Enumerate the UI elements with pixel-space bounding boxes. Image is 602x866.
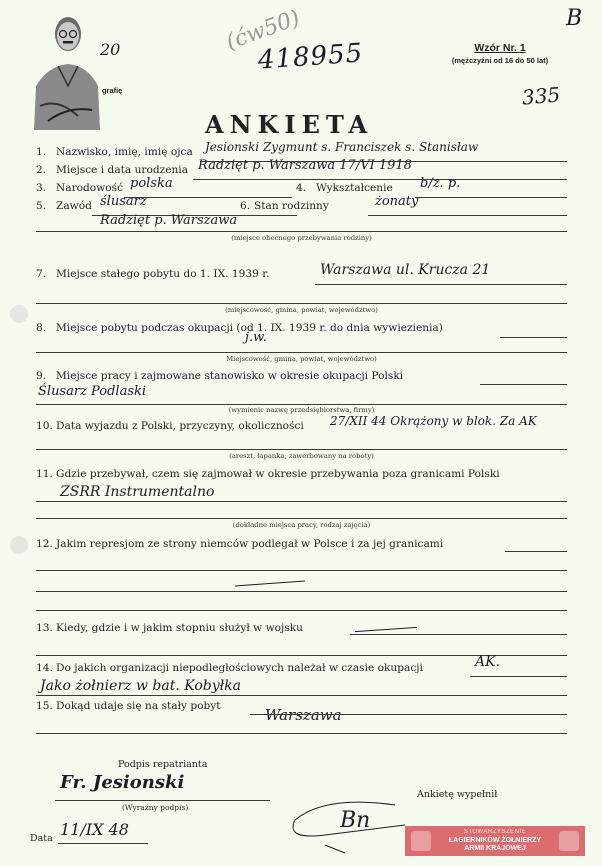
photo-caption: grafię bbox=[102, 86, 122, 95]
portrait-image bbox=[28, 6, 102, 130]
field-number: 4. bbox=[296, 182, 316, 194]
field-number: 2. bbox=[36, 164, 56, 176]
answer-line bbox=[36, 518, 567, 519]
answer-line bbox=[36, 404, 567, 405]
field-15: 15.Dokąd udaje się na stały pobyt bbox=[36, 700, 221, 712]
field-number: 1. bbox=[36, 146, 56, 158]
answer-line bbox=[36, 591, 567, 592]
repatriate-signature[interactable]: Fr. Jesionski bbox=[60, 772, 184, 793]
field-9: 9.Miejsce pracy i zajmowane stanowisko w… bbox=[36, 370, 403, 382]
answer-line bbox=[415, 197, 567, 198]
field-label: Narodowość bbox=[56, 182, 123, 194]
field-label: Miejsce i data urodzenia bbox=[56, 164, 188, 176]
field-5: 5.Zawód bbox=[36, 200, 92, 212]
answer-abroad[interactable]: ZSRR Instrumentalno bbox=[60, 484, 214, 500]
field-number: 15. bbox=[36, 700, 56, 712]
field-label: Kiedy, gdzie i w jakim stopniu służył w … bbox=[56, 622, 303, 634]
field-8: 8.Miejsce pobytu podczas okupacji (od 1.… bbox=[36, 322, 443, 334]
field-number: 3. bbox=[36, 182, 56, 194]
field-11: 11.Gdzie przebywał, czem się zajmował w … bbox=[36, 468, 500, 480]
page-title: ANKIETA bbox=[205, 110, 373, 139]
association-emblem-icon bbox=[411, 831, 431, 851]
field-label: Stan rodzinny bbox=[254, 200, 329, 212]
field-label: Miejsce stałego pobytu do 1. IX. 1939 r. bbox=[56, 268, 269, 280]
handwritten-note-20: 20 bbox=[100, 40, 120, 59]
hint-abroad: (dokładne miejsca pracy, rodzaj zajęcia) bbox=[36, 521, 567, 529]
watermark-text: STOWARZYSZENIE ŁAGIERNIKÓW ŻOŁNIERZY ARM… bbox=[437, 828, 553, 854]
answer-organization[interactable]: AK. bbox=[475, 654, 500, 670]
answer-line bbox=[36, 570, 567, 571]
watermark-line-1: STOWARZYSZENIE bbox=[437, 828, 553, 837]
answer-line bbox=[124, 197, 292, 198]
field-12: 12.Jakim represjom ze strony niemców pod… bbox=[36, 538, 443, 550]
field-label: Miejsce pracy i zajmowane stanowisko w o… bbox=[56, 370, 403, 382]
answer-line bbox=[480, 384, 567, 385]
watermark-line-2: ŁAGIERNIKÓW ŻOŁNIERZY bbox=[437, 837, 553, 846]
field-6: 6.Stan rodzinny bbox=[240, 200, 329, 212]
filled-by-label: Ankietę wypełnił bbox=[417, 789, 497, 800]
answer-destination[interactable]: Warszawa bbox=[265, 706, 342, 724]
hint-family-location: (miejsce obecnego przebywania rodziny) bbox=[36, 234, 567, 242]
ak-anchor-emblem-icon bbox=[559, 831, 579, 851]
field-number: 5. bbox=[36, 200, 56, 212]
hint-residence: (miejscowość, gmina, powiat, województwo… bbox=[36, 306, 567, 314]
signature-line bbox=[55, 800, 270, 801]
answer-line bbox=[250, 714, 567, 715]
hint-departure: (areszt, łapanka, zawerbowany na roboty) bbox=[36, 452, 567, 460]
watermark-line-3: ARMII KRAJOWEJ bbox=[437, 845, 553, 854]
portrait-photo bbox=[28, 6, 102, 130]
answer-marital-status[interactable]: żonaty bbox=[375, 194, 418, 209]
field-number: 8. bbox=[36, 322, 56, 334]
date-label: Data bbox=[30, 833, 53, 844]
field-number: 6. bbox=[240, 200, 254, 212]
field-label: Jakim represjom ze strony niemców podleg… bbox=[56, 538, 443, 550]
field-label: Do jakich organizacji niepodległościowyc… bbox=[56, 662, 423, 674]
answer-line bbox=[36, 303, 567, 304]
association-watermark: STOWARZYSZENIE ŁAGIERNIKÓW ŻOŁNIERZY ARM… bbox=[405, 826, 585, 856]
answer-line bbox=[368, 215, 567, 216]
answer-family-location[interactable]: Radzięt p. Warszawa bbox=[100, 213, 237, 228]
field-label: Gdzie przebywał, czem się zajmował w okr… bbox=[56, 468, 500, 480]
answer-line bbox=[36, 449, 567, 450]
answer-line bbox=[315, 284, 567, 285]
field-number: 12. bbox=[36, 538, 56, 550]
field-13: 13.Kiedy, gdzie i w jakim stopniu służył… bbox=[36, 622, 303, 634]
answer-work-occupation[interactable]: Ślusarz Podlaski bbox=[38, 384, 146, 399]
answer-line bbox=[500, 337, 567, 338]
handwritten-corner-mark: B bbox=[566, 6, 582, 31]
answer-line bbox=[36, 610, 567, 611]
answer-education[interactable]: b/z. p. bbox=[420, 176, 460, 191]
field-label: Nazwisko, imię, imię ojca bbox=[56, 146, 193, 158]
field-number: 11. bbox=[36, 468, 56, 480]
answer-line bbox=[36, 733, 567, 734]
field-14: 14.Do jakich organizacji niepodległościo… bbox=[36, 662, 423, 674]
date-line bbox=[58, 843, 148, 844]
signature-hint: (Wyraźny podpis) bbox=[122, 803, 188, 812]
answer-nationality[interactable]: polska bbox=[130, 176, 173, 191]
answer-line bbox=[193, 179, 567, 180]
hint-occupation-residence: Miejscowość, gmina, powiat, województwo) bbox=[36, 355, 567, 363]
field-label: Wykształcenie bbox=[316, 182, 393, 194]
form-model-box: Wzór Nr. 1 (mężczyźni od 16 do 50 lat) bbox=[430, 42, 570, 65]
form-model-title: Wzór Nr. 1 bbox=[430, 42, 570, 54]
signature-flourish-icon bbox=[285, 795, 415, 855]
field-4: 4.Wykształcenie bbox=[296, 182, 393, 194]
answer-dash-repressions bbox=[235, 581, 305, 587]
field-number: 14. bbox=[36, 662, 56, 674]
field-label: Zawód bbox=[56, 200, 92, 212]
answer-line bbox=[36, 501, 567, 502]
field-label: Dokąd udaje się na stały pobyt bbox=[56, 700, 221, 712]
answer-line bbox=[36, 231, 567, 232]
punch-hole bbox=[10, 536, 28, 554]
field-number: 10. bbox=[36, 420, 56, 432]
field-1: 1.Nazwisko, imię, imię ojca bbox=[36, 146, 193, 158]
field-7: 7.Miejsce stałego pobytu do 1. IX. 1939 … bbox=[36, 268, 269, 280]
answer-line bbox=[36, 695, 567, 696]
answer-dash-military bbox=[355, 627, 417, 632]
answer-line bbox=[470, 676, 567, 677]
answer-line bbox=[350, 634, 567, 635]
punch-hole bbox=[10, 305, 28, 323]
handwritten-number-335: 335 bbox=[521, 82, 561, 109]
field-number: 7. bbox=[36, 268, 56, 280]
date-value[interactable]: 11/IX 48 bbox=[60, 820, 129, 839]
hint-work: (wymienic nazwę przedsiębiorstwa, firmy) bbox=[36, 406, 567, 414]
field-10: 10.Data wyjazdu z Polski, przyczyny, oko… bbox=[36, 420, 304, 432]
field-number: 13. bbox=[36, 622, 56, 634]
answer-organization-detail[interactable]: Jako żołnierz w bat. Kobyłka bbox=[40, 678, 241, 694]
answer-occupation-residence[interactable]: j.w. bbox=[245, 330, 267, 345]
form-model-subtitle: (mężczyźni od 16 do 50 lat) bbox=[430, 56, 570, 65]
field-number: 9. bbox=[36, 370, 56, 382]
field-2: 2.Miejsce i data urodzenia bbox=[36, 164, 188, 176]
answer-occupation[interactable]: ślusarz bbox=[100, 194, 147, 209]
answer-line bbox=[36, 352, 567, 353]
answer-residence-1939[interactable]: Warszawa ul. Kruczа 21 bbox=[320, 262, 490, 278]
signature-label: Podpis repatrianta bbox=[118, 759, 207, 770]
answer-line bbox=[505, 551, 567, 552]
field-3: 3.Narodowość bbox=[36, 182, 123, 194]
answer-birth[interactable]: Radzięt p. Warszawa 17/VI 1918 bbox=[198, 158, 412, 173]
answer-name[interactable]: Jesionski Zygmunt s. Franciszek s. Stani… bbox=[205, 140, 478, 154]
field-label: Data wyjazdu z Polski, przyczyny, okolic… bbox=[56, 420, 304, 432]
answer-departure[interactable]: 27/XII 44 Okrążony w blok. Za AK bbox=[330, 414, 537, 428]
handwritten-registry-number: 418955 bbox=[257, 38, 364, 75]
